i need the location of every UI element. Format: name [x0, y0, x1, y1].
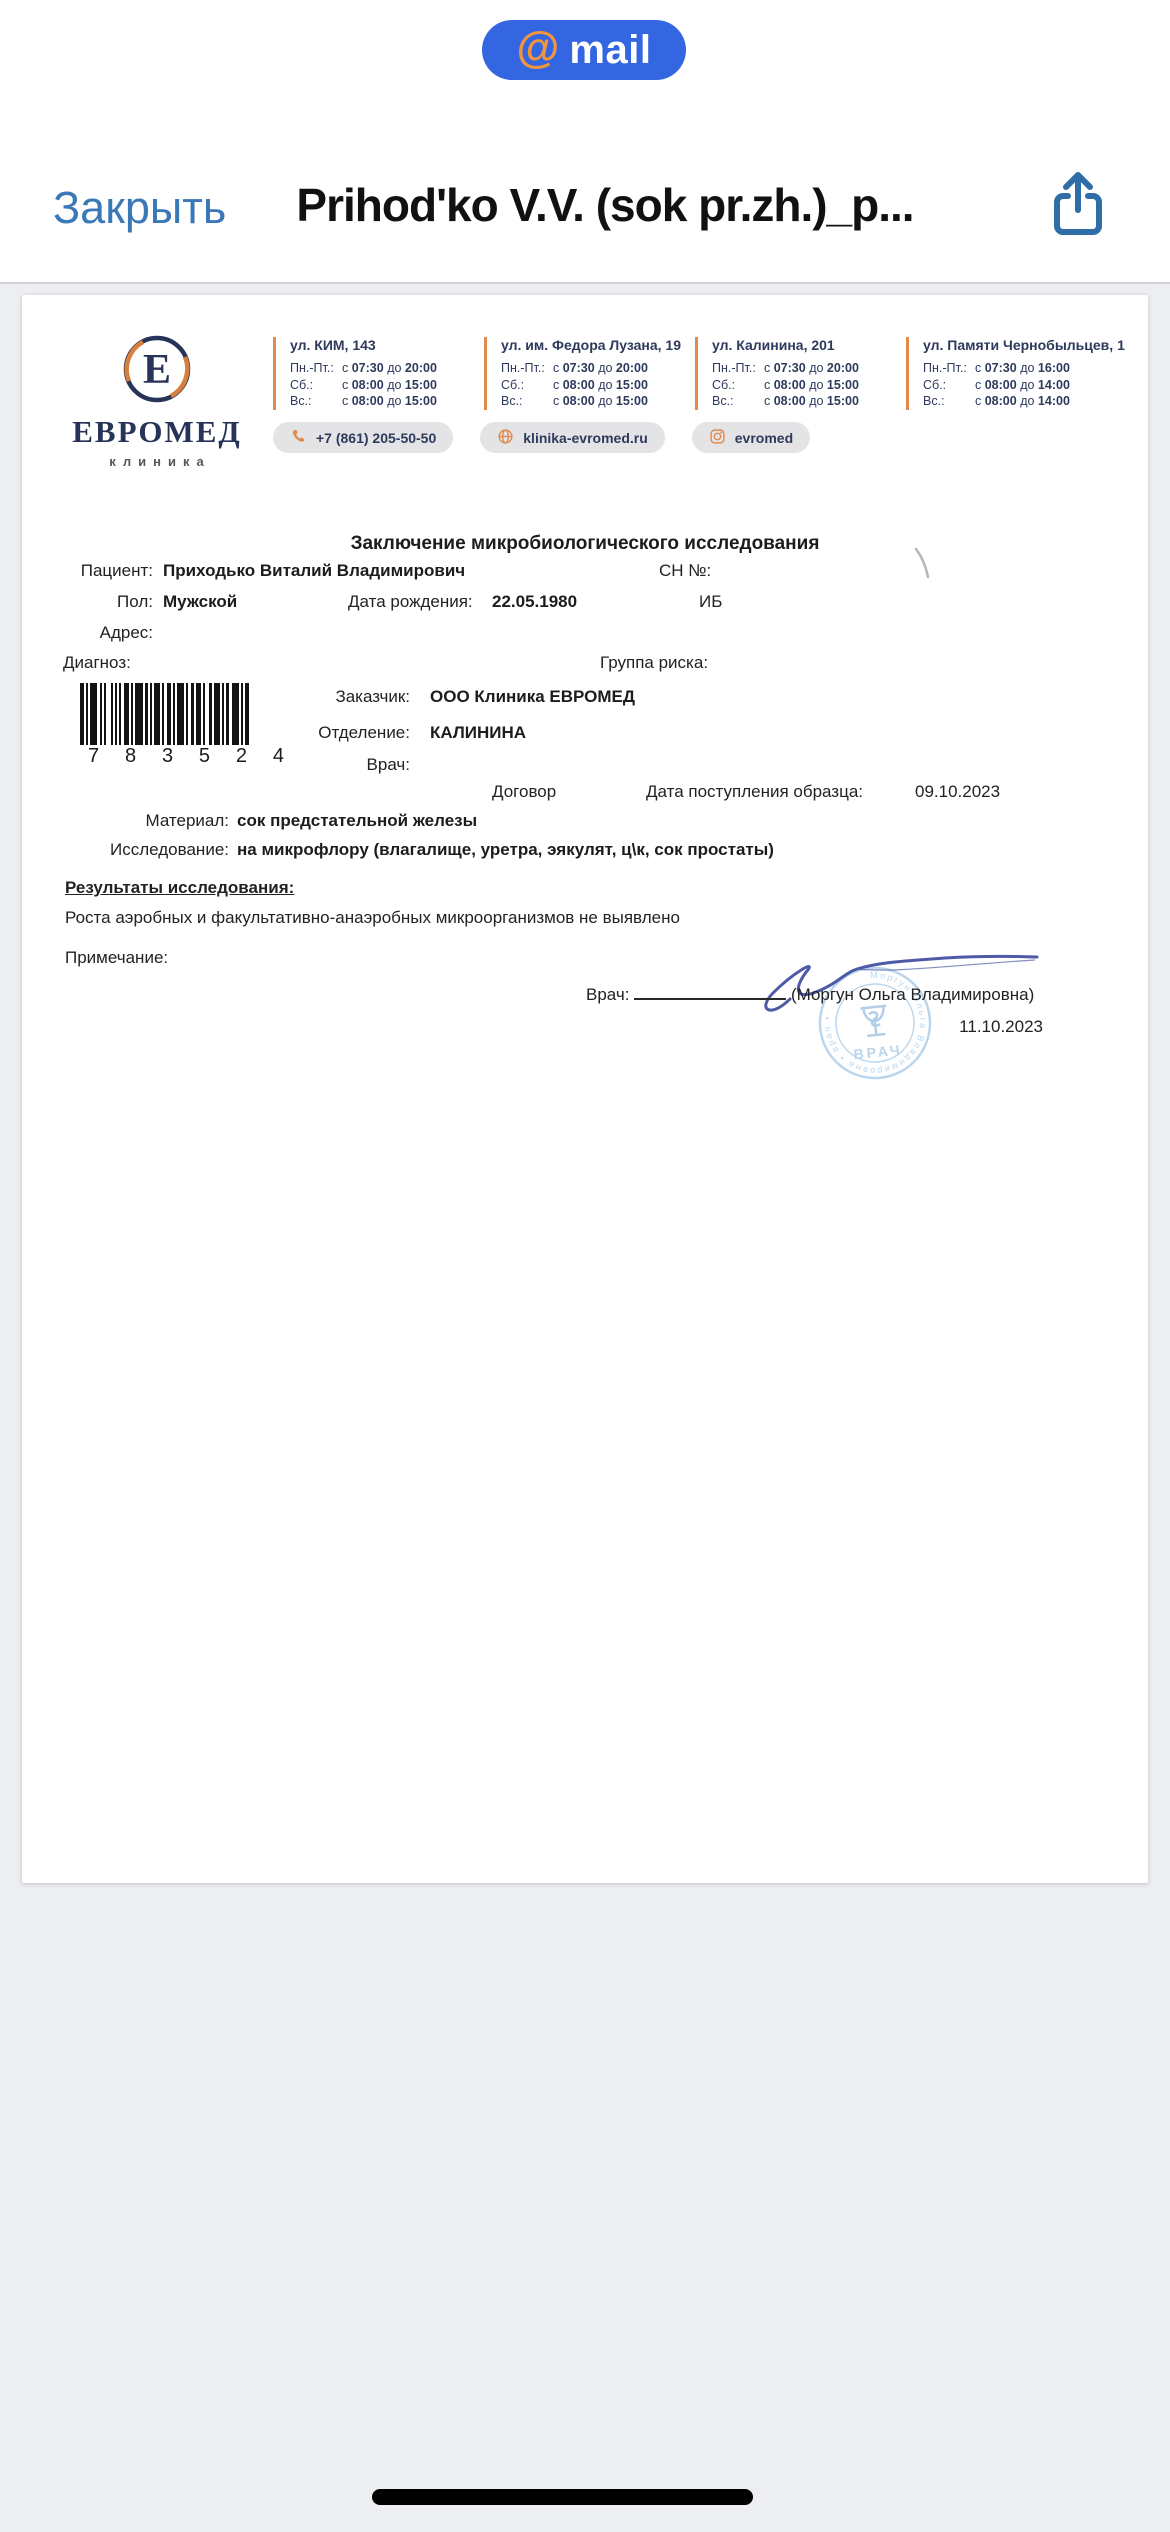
customer-value: ООО Клиника ЕВРОМЕД	[430, 687, 635, 707]
barcode	[80, 683, 292, 745]
pdf-viewer-area[interactable]: E ЕВРОМЕД клиника ул. КИМ, 143Пн.-Пт.:с …	[0, 284, 1170, 2532]
share-icon	[1048, 168, 1108, 240]
barcode-digits: 783524	[80, 745, 292, 768]
stamp-text: ВРАЧ	[853, 1041, 904, 1062]
pen-mark	[910, 545, 936, 581]
app-top-bar: @ mail Закрыть Prihod'ko V.V. (sok pr.zh…	[0, 0, 1170, 283]
department-label: Отделение:	[318, 723, 410, 743]
contract-label: Договор	[492, 782, 556, 802]
sex-value: Мужской	[163, 592, 237, 612]
barcode-digit: 8	[125, 745, 136, 768]
barcode-digit: 7	[88, 745, 99, 768]
results-text: Роста аэробных и факультативно-анаэробны…	[65, 908, 680, 928]
barcode-digit: 5	[199, 745, 210, 768]
received-value: 09.10.2023	[915, 782, 1000, 802]
received-label: Дата поступления образца:	[646, 782, 863, 802]
signature-line	[634, 986, 786, 1000]
sign-doctor-label: Врач:	[586, 985, 629, 1004]
sn-label: СН №:	[659, 561, 711, 581]
sign-date: 11.10.2023	[959, 1017, 1043, 1037]
note-label: Примечание:	[65, 948, 168, 968]
doctor-signature	[745, 947, 1055, 1017]
home-indicator[interactable]	[372, 2489, 753, 2505]
signature-line-row: Врач: (Моргун Ольга Владимировна)	[586, 985, 1034, 1005]
share-button[interactable]	[1048, 168, 1108, 240]
department-value: КАЛИНИНА	[430, 723, 526, 743]
sign-name: (Моргун Ольга Владимировна)	[791, 985, 1034, 1004]
customer-label: Заказчик:	[335, 687, 410, 707]
results-heading: Результаты исследования:	[65, 878, 294, 898]
material-label: Материал:	[145, 811, 229, 831]
mail-brand-label: mail	[569, 28, 651, 73]
address-label: Адрес:	[100, 623, 153, 643]
birth-value: 22.05.1980	[492, 592, 577, 612]
document-title: Prihod'ko V.V. (sok pr.zh.)_p...	[185, 178, 1025, 232]
material-value: сок предстательной железы	[237, 811, 477, 831]
study-value: на микрофлору (влагалище, уретра, эякуля…	[237, 840, 774, 860]
doctor-label: Врач:	[367, 755, 410, 775]
risk-label: Группа риска:	[600, 653, 708, 673]
patient-label: Пациент:	[81, 561, 153, 581]
study-label: Исследование:	[110, 840, 229, 860]
ib-label: ИБ	[699, 592, 722, 612]
barcode-digit: 4	[273, 745, 284, 768]
report-title: Заключение микробиологического исследова…	[22, 533, 1148, 555]
diagnosis-label: Диагноз:	[63, 653, 131, 673]
sex-label: Пол:	[117, 592, 153, 612]
mail-brand-badge[interactable]: @ mail	[482, 20, 686, 80]
mail-at-icon: @	[517, 26, 560, 70]
document-page: E ЕВРОМЕД клиника ул. КИМ, 143Пн.-Пт.:с …	[22, 295, 1148, 1883]
patient-value: Приходько Виталий Владимирович	[163, 561, 465, 581]
barcode-digit: 2	[236, 745, 247, 768]
barcode-digit: 3	[162, 745, 173, 768]
birth-label: Дата рождения:	[348, 592, 473, 612]
report-body: Заключение микробиологического исследова…	[22, 295, 1148, 1883]
